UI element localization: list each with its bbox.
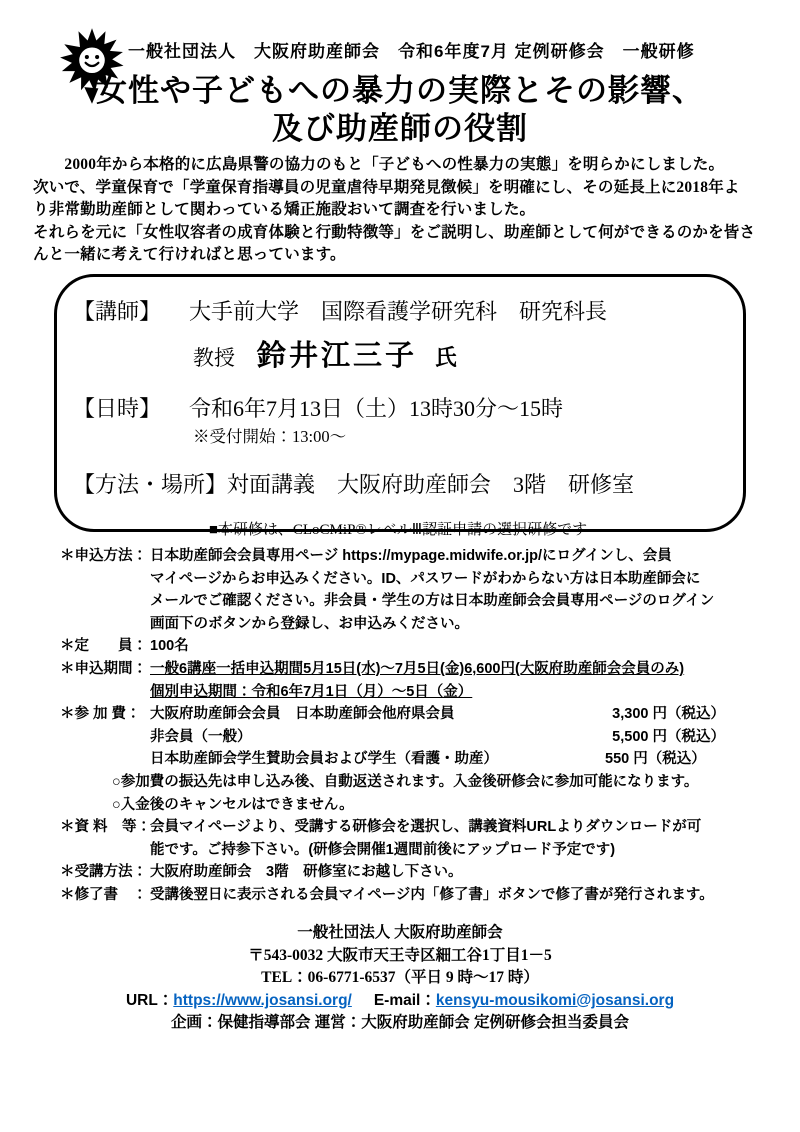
title-line-2: 及び助産師の役割 xyxy=(0,110,800,148)
detail-application: ＊申込方法： 日本助産師会会員専用ページ https://mypage.midw… xyxy=(60,545,780,635)
lecturer-name: 鈴井江三子 xyxy=(257,333,417,374)
fee-note: ○参加費の振込先は申し込み後、自動返送されます。入金後研修会に参加可能になります… xyxy=(112,771,780,794)
intro-paragraph: 2000年から本格的に広島県警の協力のもと「子どもへの性暴力の実態」を明らかにし… xyxy=(33,154,770,267)
application-label: ＊申込方法： xyxy=(60,545,150,568)
attendance-value: 大阪府助産師会 3階 研修室にお越し下さい。 xyxy=(150,861,780,884)
datetime-row: 【日時】 令和6年7月13日（土）13時30分～15時 xyxy=(73,394,723,424)
datetime-label: 【日時】 xyxy=(73,394,161,424)
fee-amount: 5,500 円（税込） xyxy=(605,726,780,749)
method-value: 対面講義 大阪府助産師会 3階 研修室 xyxy=(227,470,634,500)
lecturer-affiliation: 大手前大学 国際看護学研究科 研究科長 xyxy=(189,297,607,327)
lecturer-title: 教授 xyxy=(193,342,235,372)
fee-category: 非会員（一般） xyxy=(150,726,252,749)
materials-line: 能です。ご持参下さい。(研修会開催1週間前後にアップロード予定です) xyxy=(150,839,780,862)
footer-org: 一般社団法人 大阪府助産師会 xyxy=(0,922,800,944)
certificate-value: 受講後翌日に表示される会員マイページ内「修了書」ボタンで修了書が発行されます。 xyxy=(150,884,780,907)
fee-category: 日本助産師会学生賛助会員および学生（看護・助産） xyxy=(150,748,498,771)
footer-credit: 企画：保健指導部会 運営：大阪府助産師会 定例研修会担当委員会 xyxy=(0,1012,800,1034)
email-label: E-mail： xyxy=(374,992,436,1009)
fee-note: ○入金後のキャンセルはできません。 xyxy=(112,794,780,817)
period-line-general: 一般6講座一括申込期間5月15日(水)～7月5日(金)6,600円(大阪府助産師… xyxy=(150,658,780,681)
lecturer-row: 【講師】 大手前大学 国際看護学研究科 研究科長 xyxy=(73,297,723,327)
intro-line: 2000年から本格的に広島県警の協力のもと「子どもへの性暴力の実態」を明らかにし… xyxy=(33,154,770,177)
application-line: メールでご確認ください。非会員・学生の方は日本助産師会会員専用ページのログイン xyxy=(150,590,780,613)
fee-amount: 550 円（税込） xyxy=(605,748,780,771)
application-line: 日本助産師会会員専用ページ https://mypage.midwife.or.… xyxy=(150,545,780,568)
details-list: ＊申込方法： 日本助産師会会員専用ページ https://mypage.midw… xyxy=(60,545,780,907)
website-link[interactable]: https://www.josansi.org/ xyxy=(173,992,352,1009)
materials-body: 会員マイページより、受講する研修会を選択し、講義資料URLよりダウンロードが可 … xyxy=(150,816,780,861)
capacity-label: ＊定 員： xyxy=(60,635,150,658)
capacity-value: 100名 xyxy=(150,635,780,658)
fee-amount: 3,300 円（税込） xyxy=(605,703,780,726)
reception-note: ※受付開始：13:00～ xyxy=(193,426,723,448)
footer-links-line: URL：https://www.josansi.org/E-mail：kensy… xyxy=(0,990,800,1012)
intro-line: り非常勤助産師として関わっている矯正施設おいて調査を行いました。 xyxy=(33,199,770,222)
fee-body: 大阪府助産師会会員 日本助産師会他府県会員 3,300 円（税込） 非会員（一般… xyxy=(150,703,780,816)
detail-fee: ＊参 加 費： 大阪府助産師会会員 日本助産師会他府県会員 3,300 円（税込… xyxy=(60,703,780,816)
fee-row: 非会員（一般） 5,500 円（税込） xyxy=(150,726,780,749)
lecturer-name-row: 教授 鈴井江三子 氏 xyxy=(193,333,723,374)
datetime-value: 令和6年7月13日（土）13時30分～15時 xyxy=(189,394,563,424)
footer-tel: TEL：06-6771-6537（平日 9 時～17 時） xyxy=(0,967,800,989)
application-body: 日本助産師会会員専用ページ https://mypage.midwife.or.… xyxy=(150,545,780,635)
flyer-page: 一般社団法人 大阪府助産師会 令和6年度7月 定例研修会 一般研修 女性や子ども… xyxy=(0,0,800,1132)
detail-certificate: ＊修了書 ： 受講後翌日に表示される会員マイページ内「修了書」ボタンで修了書が発… xyxy=(60,884,780,907)
org-session-line: 一般社団法人 大阪府助産師会 令和6年度7月 定例研修会 一般研修 xyxy=(128,40,800,64)
attendance-label: ＊受講方法： xyxy=(60,861,150,884)
application-line: マイページからお申込みください。ID、パスワードがわからない方は日本助産師会に xyxy=(150,568,780,591)
fee-label: ＊参 加 費： xyxy=(60,703,150,726)
materials-line: 会員マイページより、受講する研修会を選択し、講義資料URLよりダウンロードが可 xyxy=(150,816,780,839)
fee-category: 大阪府助産師会会員 日本助産師会他府県会員 xyxy=(150,703,455,726)
lecturer-honorific: 氏 xyxy=(435,341,457,372)
lecturer-label: 【講師】 xyxy=(73,297,161,327)
intro-line: んと一緒に考えて行ければと思っています。 xyxy=(33,244,770,267)
period-body: 一般6講座一括申込期間5月15日(水)～7月5日(金)6,600円(大阪府助産師… xyxy=(150,658,780,703)
footer-address: 〒543-0032 大阪市天王寺区細工谷1丁目1－5 xyxy=(0,945,800,967)
certificate-label: ＊修了書 ： xyxy=(60,884,150,907)
period-line-individual: 個別申込期間：令和6年7月1日（月）～5日（金） xyxy=(150,681,780,704)
period-label: ＊申込期間： xyxy=(60,658,150,681)
footer: 一般社団法人 大阪府助産師会 〒543-0032 大阪市天王寺区細工谷1丁目1－… xyxy=(0,922,800,1034)
url-label: URL： xyxy=(126,992,173,1009)
intro-line: それらを元に「女性収容者の成育体験と行動特徴等」をご説明し、助産師として何ができ… xyxy=(33,222,770,245)
intro-line: 次いで、学童保育で「学童保育指導員の児童虐待早期発見徴候」を明確にし、その延長上… xyxy=(33,177,770,200)
detail-period: ＊申込期間： 一般6講座一括申込期間5月15日(水)～7月5日(金)6,600円… xyxy=(60,658,780,703)
method-label: 【方法・場所】 xyxy=(73,470,227,500)
fee-row: 大阪府助産師会会員 日本助産師会他府県会員 3,300 円（税込） xyxy=(150,703,780,726)
header: 一般社団法人 大阪府助産師会 令和6年度7月 定例研修会 一般研修 女性や子ども… xyxy=(0,0,800,148)
email-link[interactable]: kensyu-mousikomi@josansi.org xyxy=(436,992,674,1009)
detail-materials: ＊資 料 等： 会員マイページより、受講する研修会を選択し、講義資料URLよりダ… xyxy=(60,816,780,861)
detail-attendance: ＊受講方法： 大阪府助産師会 3階 研修室にお越し下さい。 xyxy=(60,861,780,884)
materials-label: ＊資 料 等： xyxy=(60,816,150,839)
fee-row: 日本助産師会学生賛助会員および学生（看護・助産） 550 円（税込） xyxy=(150,748,780,771)
seminar-info-box: 【講師】 大手前大学 国際看護学研究科 研究科長 教授 鈴井江三子 氏 【日時】… xyxy=(54,274,746,532)
method-row: 【方法・場所】 対面講義 大阪府助産師会 3階 研修室 xyxy=(73,470,723,500)
detail-capacity: ＊定 員： 100名 xyxy=(60,635,780,658)
sunflower-smiley-logo-icon xyxy=(60,28,124,104)
certification-note: ■本研修は、CLoCMiP®レベルⅢ認証申請の選択研修です xyxy=(73,520,723,540)
application-line: 画面下のボタンから登録し、お申込みください。 xyxy=(150,613,780,636)
